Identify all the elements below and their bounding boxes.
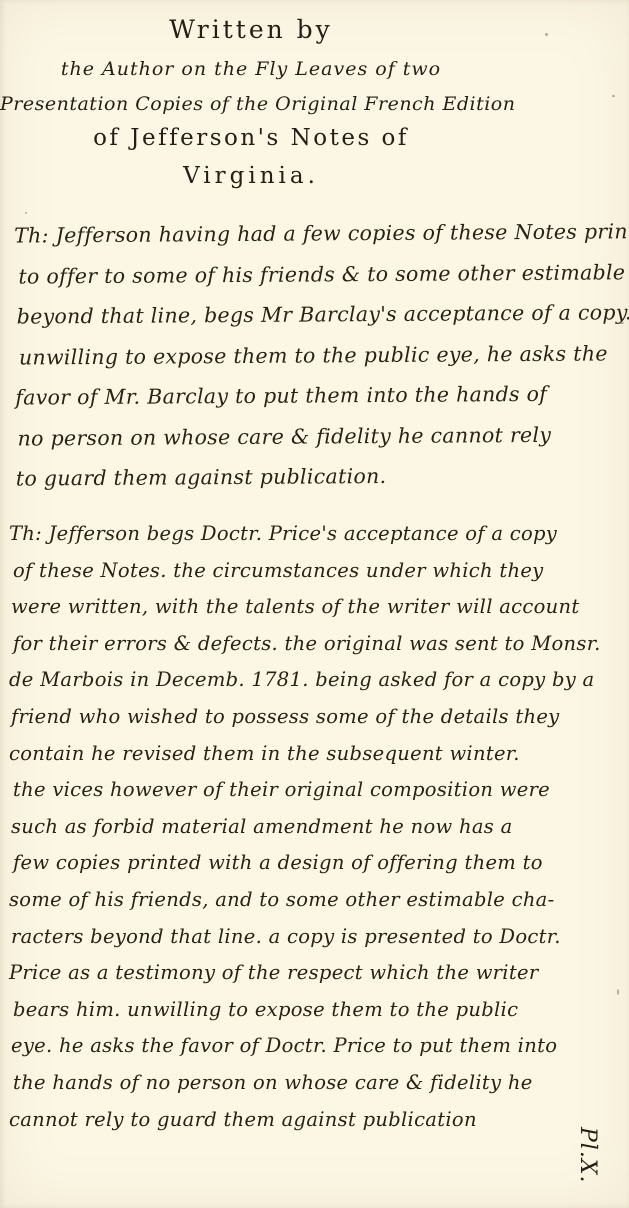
handwritten-line: the hands of no person on whose care & f…	[13, 1065, 601, 1102]
handwritten-line: Th: Jefferson having had a few copies of…	[14, 210, 629, 256]
paper-speck	[617, 989, 619, 995]
title-line-virginia: Virginia.	[0, 163, 502, 189]
handwritten-line: friend who wished to possess some of the…	[11, 699, 601, 736]
handwritten-line: some of his friends, and to some other e…	[9, 882, 601, 919]
handwritten-line: de Marbois in Decemb. 1781. being asked …	[9, 662, 601, 699]
handwritten-line: contain he revised them in the subsequen…	[9, 736, 601, 773]
handwritten-line: few copies printed with a design of offe…	[13, 845, 601, 882]
handwritten-line: eye. he asks the favor of Doctr. Price t…	[11, 1028, 601, 1065]
handwritten-line: such as forbid material amendment he now…	[11, 809, 601, 846]
printed-title-block: Written by the Author on the Fly Leaves …	[0, 15, 502, 189]
plate-number-label: Pl.X.	[575, 1127, 600, 1184]
handwritten-line: bears him. unwilling to expose them to t…	[13, 992, 601, 1029]
handwritten-line: cannot rely to guard them against public…	[9, 1102, 601, 1139]
handwritten-line: no person on whose care & fidelity he ca…	[17, 413, 629, 459]
handwritten-inscription-price: Th: Jefferson begs Doctr. Price's accept…	[9, 516, 601, 1138]
handwritten-line: Price as a testimony of the respect whic…	[9, 955, 601, 992]
paper-speck	[619, 322, 624, 324]
paper-speck	[545, 33, 548, 36]
scanned-document-page: Written by the Author on the Fly Leaves …	[0, 0, 629, 1208]
handwritten-line: Th: Jefferson begs Doctr. Price's accept…	[9, 516, 601, 553]
handwritten-inscription-barclay: Th: Jefferson having had a few copies of…	[14, 210, 629, 499]
handwritten-line: unwilling to expose them to the public e…	[19, 332, 629, 378]
handwritten-line: to offer to some of his friends & to som…	[18, 251, 629, 297]
handwritten-line: racters beyond that line. a copy is pres…	[11, 919, 601, 956]
handwritten-line: beyond that line, begs Mr Barclay's acce…	[17, 291, 629, 337]
paper-speck	[25, 212, 27, 214]
title-line-written-by: Written by	[0, 15, 502, 44]
paper-speck	[612, 95, 615, 97]
handwritten-line: for their errors & defects. the original…	[13, 626, 601, 663]
title-line-presentation: Presentation Copies of the Original Fren…	[0, 93, 502, 115]
handwritten-line: to guard them against publication.	[16, 453, 629, 499]
handwritten-line: of these Notes. the circumstances under …	[13, 553, 601, 590]
title-line-author: the Author on the Fly Leaves of two	[0, 58, 502, 80]
handwritten-line: the vices however of their original comp…	[13, 772, 601, 809]
handwritten-line: favor of Mr. Barclay to put them into th…	[15, 372, 629, 418]
title-line-jeffersons-notes: of Jefferson's Notes of	[0, 125, 502, 151]
handwritten-line: were written, with the talents of the wr…	[11, 589, 601, 626]
